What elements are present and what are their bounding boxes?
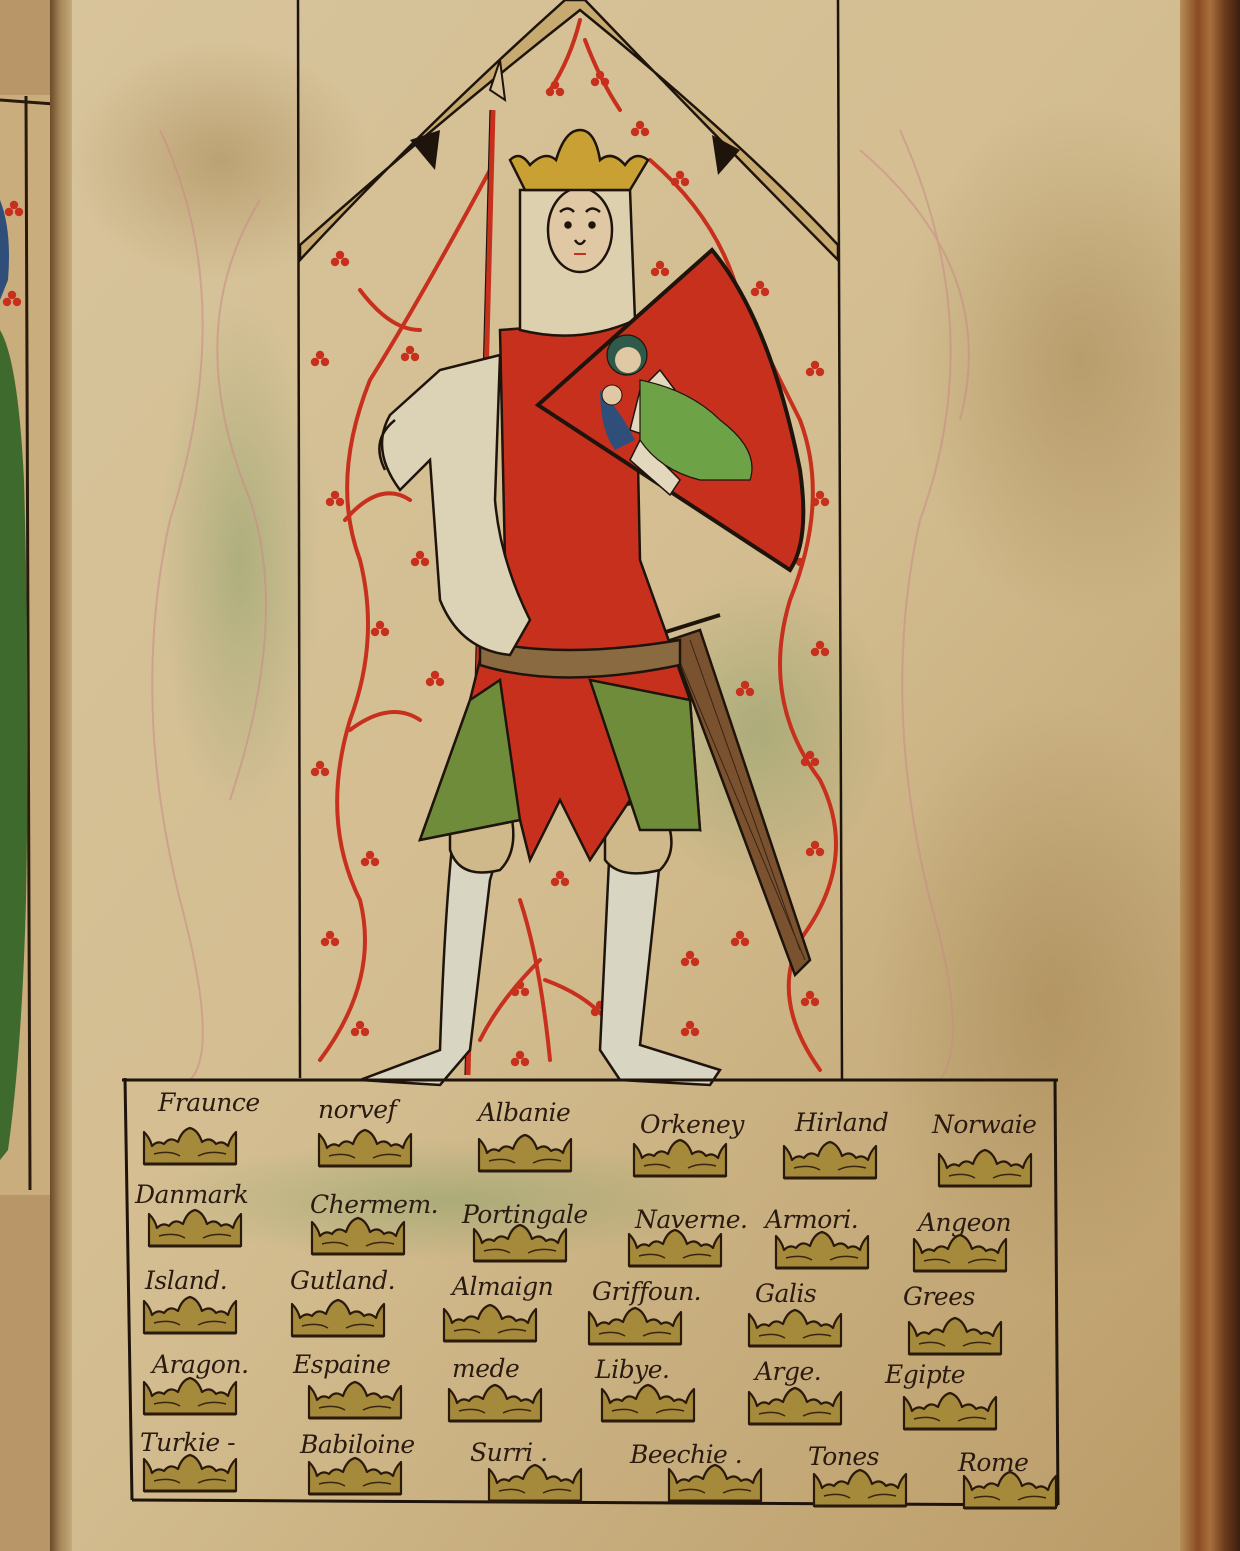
kingdom-label: Armori. [765,1205,858,1234]
kingdom-label: Naverne. [635,1205,748,1234]
kingdom-label: Orkeney [640,1110,744,1139]
kingdom-label: Danmark [135,1180,248,1209]
kingdom-label: mede [452,1354,519,1383]
kingdom-label: Aragon. [152,1350,249,1379]
kingdom-label: Turkie - [140,1428,235,1457]
kingdom-label: Surri . [470,1438,548,1467]
kingdom-label: Gutland. [290,1266,395,1295]
kingdom-label: Fraunce [158,1088,260,1117]
kingdom-label: Albanie [478,1098,570,1127]
kingdom-label: Babiloine [300,1430,415,1459]
kingdom-label: Angeon [918,1208,1011,1237]
kingdom-label: Almaign [452,1272,553,1301]
kingdom-label: norvef [318,1095,396,1124]
kingdom-label: Galis [755,1279,816,1308]
kingdom-label: Island. [145,1266,227,1295]
kingdom-label: Hirland [795,1108,888,1137]
kingdom-label: Espaine [293,1350,390,1379]
kingdoms-table: Fraunce norvef Albanie Orkeney Hirland N… [0,0,1240,1551]
kingdom-label: Portingale [462,1200,588,1229]
kingdom-label: Tones [808,1442,879,1471]
kingdom-label: Beechie . [630,1440,742,1469]
kingdom-label: Norwaie [932,1110,1036,1139]
kingdom-label: Grees [903,1282,975,1311]
kingdom-label: Chermem. [310,1190,438,1219]
kingdom-label: Rome [958,1448,1028,1477]
kingdom-label: Egipte [885,1360,965,1389]
kingdom-label: Griffoun. [592,1277,701,1306]
kingdom-label: Arge. [755,1357,821,1386]
kingdom-label: Libye. [595,1355,669,1384]
